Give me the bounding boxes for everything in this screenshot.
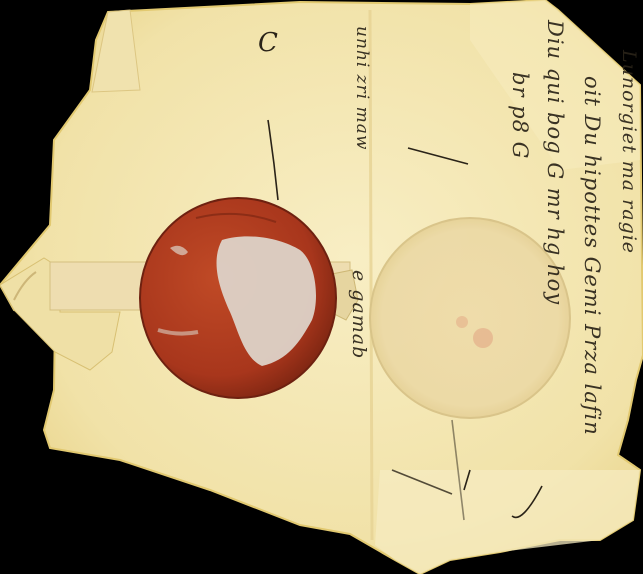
handwriting-line-1: Lunorgiet ma ragie xyxy=(618,50,640,254)
handwriting-address-1: unhi zri maw xyxy=(352,26,372,150)
photo-stage: Lunorgiet ma ragie oit Du hipottes Gemi … xyxy=(0,0,643,574)
handwriting-line-3: Diu qui bog G mr hg hoy xyxy=(543,20,567,305)
seal-trace xyxy=(370,218,570,418)
handwriting-line-4: br p8 G xyxy=(508,72,532,159)
handwriting-address-2: e gamab xyxy=(348,270,370,359)
handwritten-mark: C xyxy=(258,28,278,58)
wax-seal xyxy=(140,198,336,398)
handwriting-line-2: oit Du hipottes Gemi Prza lafin xyxy=(580,76,604,436)
